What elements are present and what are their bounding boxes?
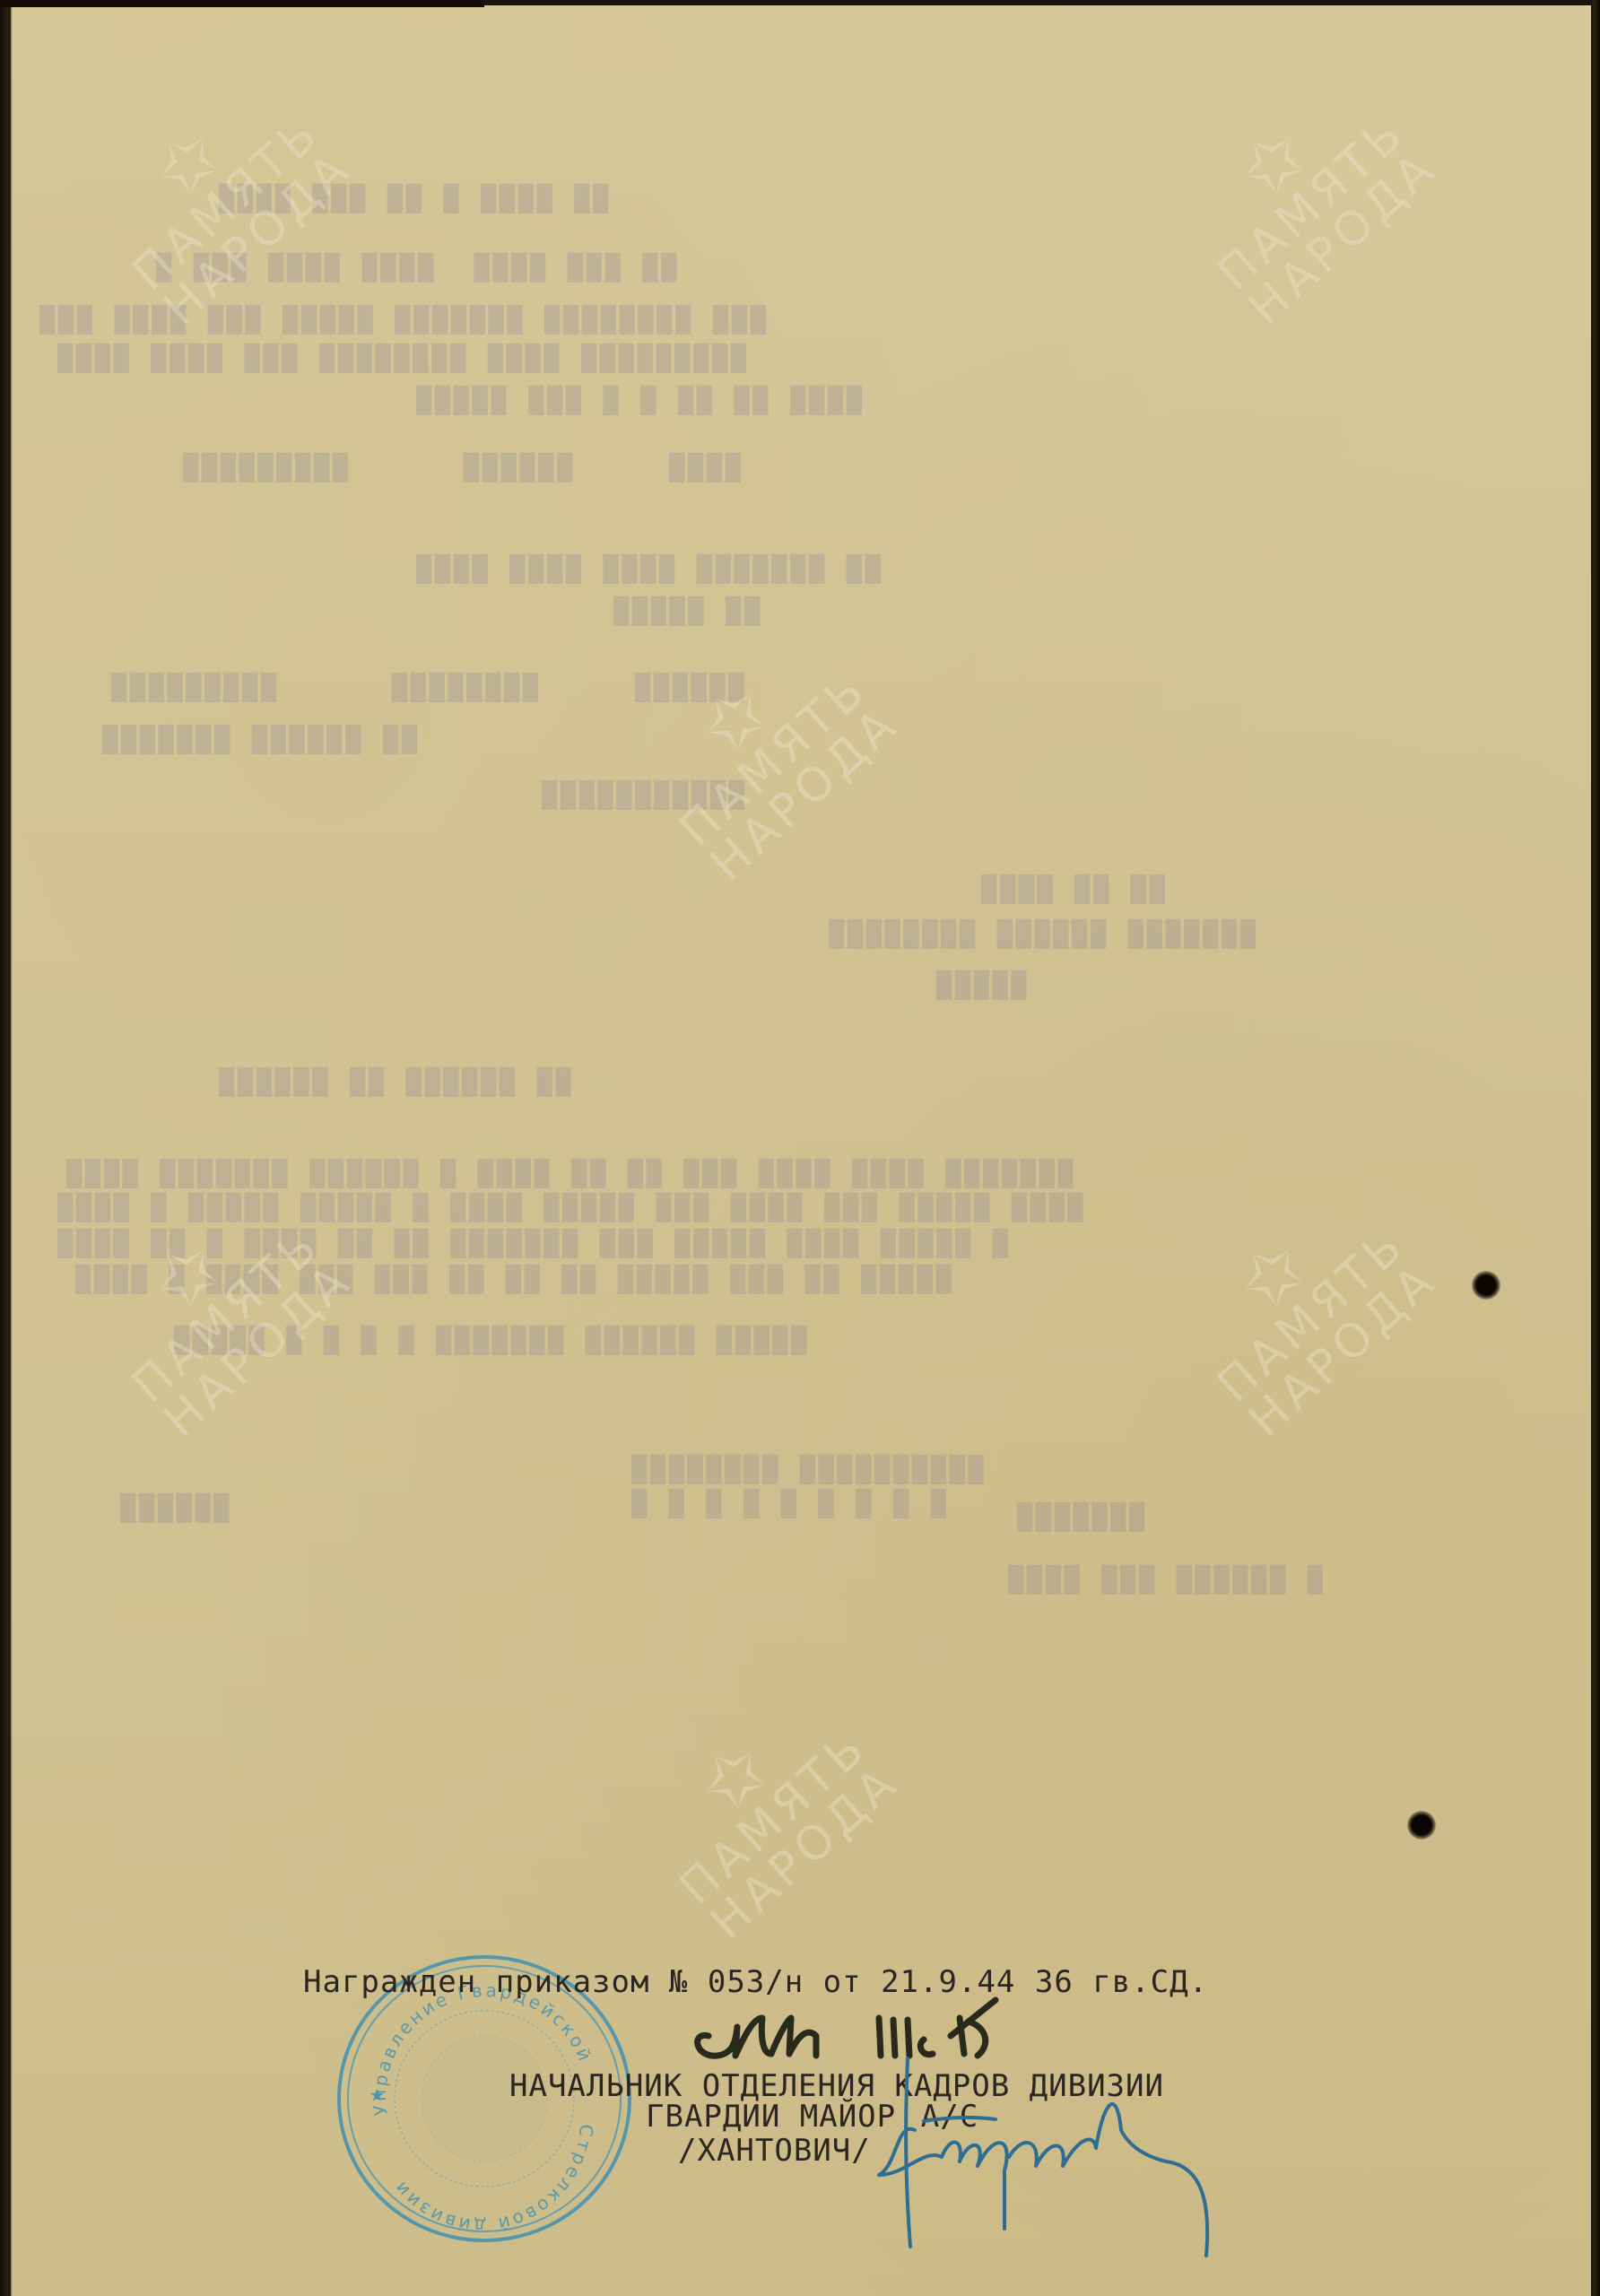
ink-signature — [861, 2049, 1238, 2265]
scan-edge-right — [1591, 0, 1600, 2296]
scan-edge-top — [0, 0, 484, 7]
scan-edge-left — [0, 0, 13, 2296]
star-icon: ★ — [370, 2078, 385, 2108]
signatory-name: /ХАНТОВИЧ/ — [678, 2133, 871, 2169]
punch-hole — [1406, 1810, 1437, 1840]
punch-hole — [1471, 1270, 1501, 1300]
